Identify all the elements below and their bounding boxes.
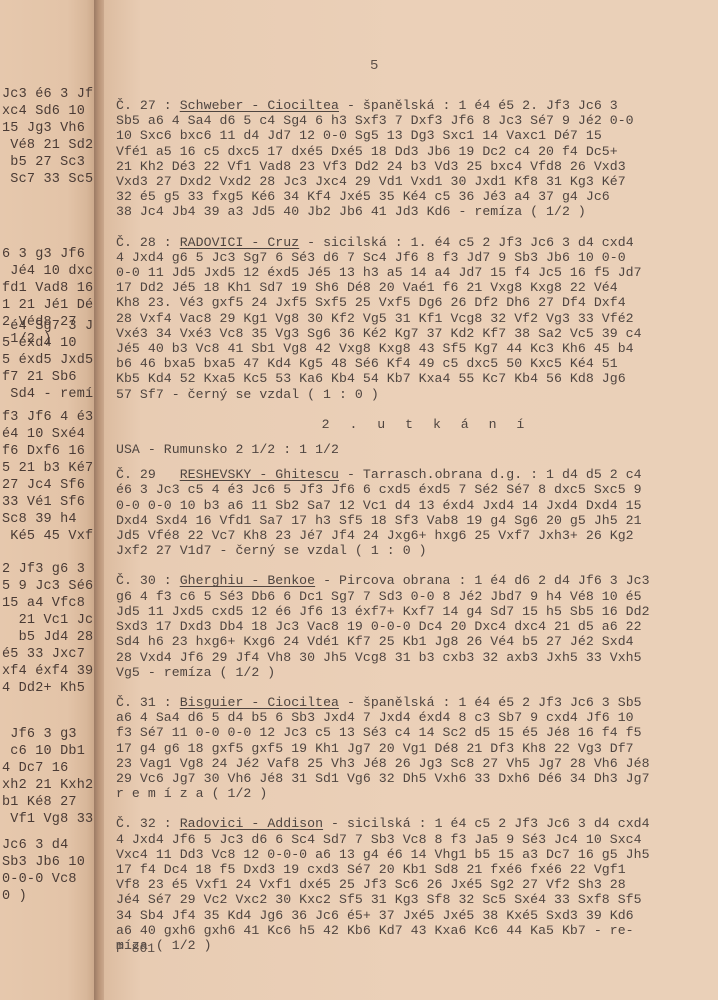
move-line: 10 Sxc6 bxc6 11 d4 Jd7 12 0-0 Sg5 13 Dg3…	[116, 128, 716, 143]
move-line: Dxd4 Sxd4 16 Vfd1 Sa7 17 h3 Sf5 18 Sf3 V…	[116, 513, 716, 528]
move-line: Vf8 23 é5 Vxf1 24 Vxf1 dxé5 25 Jf3 Sc6 2…	[116, 877, 716, 892]
move-line: a6 40 gxh6 gxh6 41 Kc6 h5 42 Kb6 Kd7 43 …	[116, 923, 716, 938]
page-number: 5	[370, 58, 378, 74]
move-line: Kb5 Kd4 52 Kxa5 Kc5 53 Ka6 Kb4 54 Kb7 Kx…	[116, 371, 716, 386]
game-players: RESHEVSKY - Ghitescu	[180, 467, 339, 482]
section-heading: 2 . u t k á n í	[116, 417, 716, 432]
game-players: Schweber - Ciociltea	[180, 98, 339, 113]
move-line: Vxd3 27 Dxd2 Vxd2 28 Jc3 Jxc4 29 Vd1 Vxd…	[116, 174, 716, 189]
game-opening-and-moves: - Tarrasch.obrana d.g. : 1 d4 d5 2 c4	[339, 467, 642, 482]
move-line: Sxd3 17 Dxd3 Db4 18 Jc3 Vac8 19 0-0-0 Dc…	[116, 619, 716, 634]
under-block-5: 2 Jf3 g6 3 5 9 Jc3 Sé6 15 a4 Vfc8 21 Vc1…	[2, 561, 96, 697]
game-opening-and-moves: - španělská : 1 é4 é5 2 Jf3 Jc6 3 Sb5	[339, 695, 642, 710]
game-opening-and-moves: - sicilská : 1 é4 c5 2 Jf3 Jc6 3 d4 cxd4	[323, 816, 650, 831]
move-line: b6 46 bxa5 bxa5 47 Kd4 Kg5 48 Sé6 Kf4 49…	[116, 356, 716, 371]
move-line: Sd4 h6 23 hxg6+ Kxg6 24 Vdé1 Kf7 25 Kb1 …	[116, 634, 716, 649]
move-line: é6 3 Jc3 c5 4 é3 Jc6 5 Jf3 Jf6 6 cxd5 éx…	[116, 482, 716, 497]
move-line: míza ( 1/2 )	[116, 938, 716, 953]
move-line: 23 Vag1 Vg8 24 Jé2 Vaf8 25 Vh3 Jé8 26 Jg…	[116, 756, 716, 771]
game-players: Bisguier - Ciociltea	[180, 695, 339, 710]
match-result: USA - Rumunsko 2 1/2 : 1 1/2	[116, 442, 716, 457]
game-number: Č. 27 :	[116, 98, 180, 113]
move-line: 57 Sf7 - černý se vzdal ( 1 : 0 )	[116, 387, 716, 402]
game-header: Č. 30 : Gherghiu - Benkoe - Pircova obra…	[116, 573, 716, 588]
move-line: 34 Sb4 Jf4 35 Kd4 Jg6 36 Jc6 é5+ 37 Jxé5…	[116, 908, 716, 923]
move-line: 21 Kh2 Dé3 22 Vf1 Vad8 23 Vf3 Dd2 24 b3 …	[116, 159, 716, 174]
move-line: Vxc4 11 Dd3 Vc8 12 0-0-0 a6 13 g4 é6 14 …	[116, 847, 716, 862]
game-players: Gherghiu - Benkoe	[180, 573, 315, 588]
game-header: Č. 27 : Schweber - Ciociltea - španělská…	[116, 98, 716, 113]
game-number: Č. 30 :	[116, 573, 180, 588]
move-line: 4 Jxd4 g6 5 Jc3 Sg7 6 Sé3 d6 7 Sc4 Jf6 8…	[116, 250, 716, 265]
under-block-6: Jf6 3 g3 c6 10 Db1 4 Dc7 16 xh2 21 Kxh2 …	[2, 726, 96, 828]
game-number: Č. 29	[116, 467, 180, 482]
game-opening-and-moves: - španělská : 1 é4 é5 2. Jf3 Jc6 3	[339, 98, 618, 113]
document-code: P-861	[116, 941, 155, 956]
game-record: Č. 30 : Gherghiu - Benkoe - Pircova obra…	[116, 573, 716, 679]
game-record: Č. 32 : Radovici - Addison - sicilská : …	[116, 816, 716, 953]
game-number: Č. 32 :	[116, 816, 180, 831]
move-line: 17 Dd2 Jé5 18 Kh1 Sd7 19 Sh6 Dé8 20 Vaé1…	[116, 280, 716, 295]
game-opening-and-moves: - Pircova obrana : 1 é4 d6 2 d4 Jf6 3 Jc…	[315, 573, 649, 588]
move-line: 17 g4 g6 18 gxf5 gxf5 19 Kh1 Jg7 20 Vg1 …	[116, 741, 716, 756]
text-column: Č. 27 : Schweber - Ciociltea - španělská…	[116, 98, 716, 968]
move-line: Vxé3 34 Vxé3 Vc8 35 Vg3 Sg6 36 Ké2 Kg7 3…	[116, 326, 716, 341]
game-players: Radovici - Addison	[180, 816, 323, 831]
under-block-4: f3 Jf6 4 é3 é4 10 Sxé4 f6 Dxf6 16 5 21 b…	[2, 409, 96, 545]
move-line: Jxf2 27 V1d7 - černý se vzdal ( 1 : 0 )	[116, 543, 716, 558]
game-record: Č. 27 : Schweber - Ciociltea - španělská…	[116, 98, 716, 220]
move-line: g6 4 f3 c6 5 Sé3 Db6 6 Dc1 Sg7 7 Sd3 0-0…	[116, 589, 716, 604]
move-line: Jd5 Vfé8 22 Vc7 Kh8 23 Jé7 Jf4 24 Jxg6+ …	[116, 528, 716, 543]
game-record: Č. 29 RESHEVSKY - Ghitescu - Tarrasch.ob…	[116, 467, 716, 558]
move-line: Sb5 a6 4 Sa4 d6 5 c4 Sg4 6 h3 Sxf3 7 Dxf…	[116, 113, 716, 128]
move-line: 29 Vc6 Jg7 30 Vh6 Jé8 31 Sd1 Vg6 32 Dh5 …	[116, 771, 716, 786]
under-block-7: Jc6 3 d4 Sb3 Jb6 10 0-0-0 Vc8 0 )	[2, 837, 96, 905]
move-line: 0-0 0-0 10 b3 a6 11 Sb2 Sa7 12 Vc1 d4 13…	[116, 498, 716, 513]
game-record: Č. 31 : Bisguier - Ciociltea - španělská…	[116, 695, 716, 801]
game-opening-and-moves: - sicilská : 1. é4 c5 2 Jf3 Jc6 3 d4 cxd…	[299, 235, 633, 250]
move-line: r e m í z a ( 1/2 )	[116, 786, 716, 801]
game-header: Č. 31 : Bisguier - Ciociltea - španělská…	[116, 695, 716, 710]
game-record: Č. 28 : RADOVICI - Cruz - sicilská : 1. …	[116, 235, 716, 402]
document-page: 5 Č. 27 : Schweber - Ciociltea - španěls…	[104, 0, 718, 1000]
move-line: 32 é5 g5 33 fxg5 Ké6 34 Kf4 Jxé5 35 Ké4 …	[116, 189, 716, 204]
game-header: Č. 29 RESHEVSKY - Ghitescu - Tarrasch.ob…	[116, 467, 716, 482]
move-line: Jé4 Sé7 29 Vc2 Vxc2 30 Kxc2 Sf5 31 Kg3 S…	[116, 892, 716, 907]
move-line: Kh8 23. Vé3 gxf5 24 Jxf5 Sxf5 25 Vxf5 Dg…	[116, 295, 716, 310]
game-number: Č. 31 :	[116, 695, 180, 710]
move-line: 4 Jxd4 Jf6 5 Jc3 d6 6 Sc4 Sd7 7 Sb3 Vc8 …	[116, 832, 716, 847]
under-block-3: é4 Sg7 3 Jc 5 éxd4 10 5 éxd5 Jxd5 f7 21 …	[2, 318, 96, 403]
move-line: f3 Sé7 11 0-0 0-0 12 Jc3 c5 13 Sé3 c4 14…	[116, 725, 716, 740]
game-number: Č. 28 :	[116, 235, 180, 250]
move-line: Vfé1 a5 16 c5 dxc5 17 dxé5 Dxé5 18 Dd3 J…	[116, 144, 716, 159]
game-header: Č. 28 : RADOVICI - Cruz - sicilská : 1. …	[116, 235, 716, 250]
game-header: Č. 32 : Radovici - Addison - sicilská : …	[116, 816, 716, 831]
move-line: 38 Jc4 Jb4 39 a3 Jd5 40 Jb2 Jb6 41 Jd3 K…	[116, 204, 716, 219]
move-line: 0-0 11 Jd5 Jxd5 12 éxd5 Jé5 13 h3 a5 14 …	[116, 265, 716, 280]
move-line: Jé5 40 b3 Vc8 41 Sb1 Vg8 42 Vxg8 Kxg8 43…	[116, 341, 716, 356]
move-line: 28 Vxf4 Vac8 29 Kg1 Vg8 30 Kf2 Vg5 31 Kf…	[116, 311, 716, 326]
move-line: Jd5 11 Jxd5 cxd5 12 é6 Jf6 13 éxf7+ Kxf7…	[116, 604, 716, 619]
move-line: Vg5 - remíza ( 1/2 )	[116, 665, 716, 680]
move-line: 17 f4 Dc4 18 f5 Dxd3 19 cxd3 Sé7 20 Kb1 …	[116, 862, 716, 877]
move-line: 28 Vxd4 Jf6 29 Jf4 Vh8 30 Jh5 Vcg8 31 b3…	[116, 650, 716, 665]
move-line: a6 4 Sa4 d6 5 d4 b5 6 Sb3 Jxd4 7 Jxd4 éx…	[116, 710, 716, 725]
underlying-page-strip: Jc3 é6 3 Jf3 xc4 Sd6 10 15 Jg3 Vh6 Vé8 2…	[0, 0, 96, 1000]
under-block-1: Jc3 é6 3 Jf3 xc4 Sd6 10 15 Jg3 Vh6 Vé8 2…	[2, 86, 96, 188]
game-players: RADOVICI - Cruz	[180, 235, 299, 250]
